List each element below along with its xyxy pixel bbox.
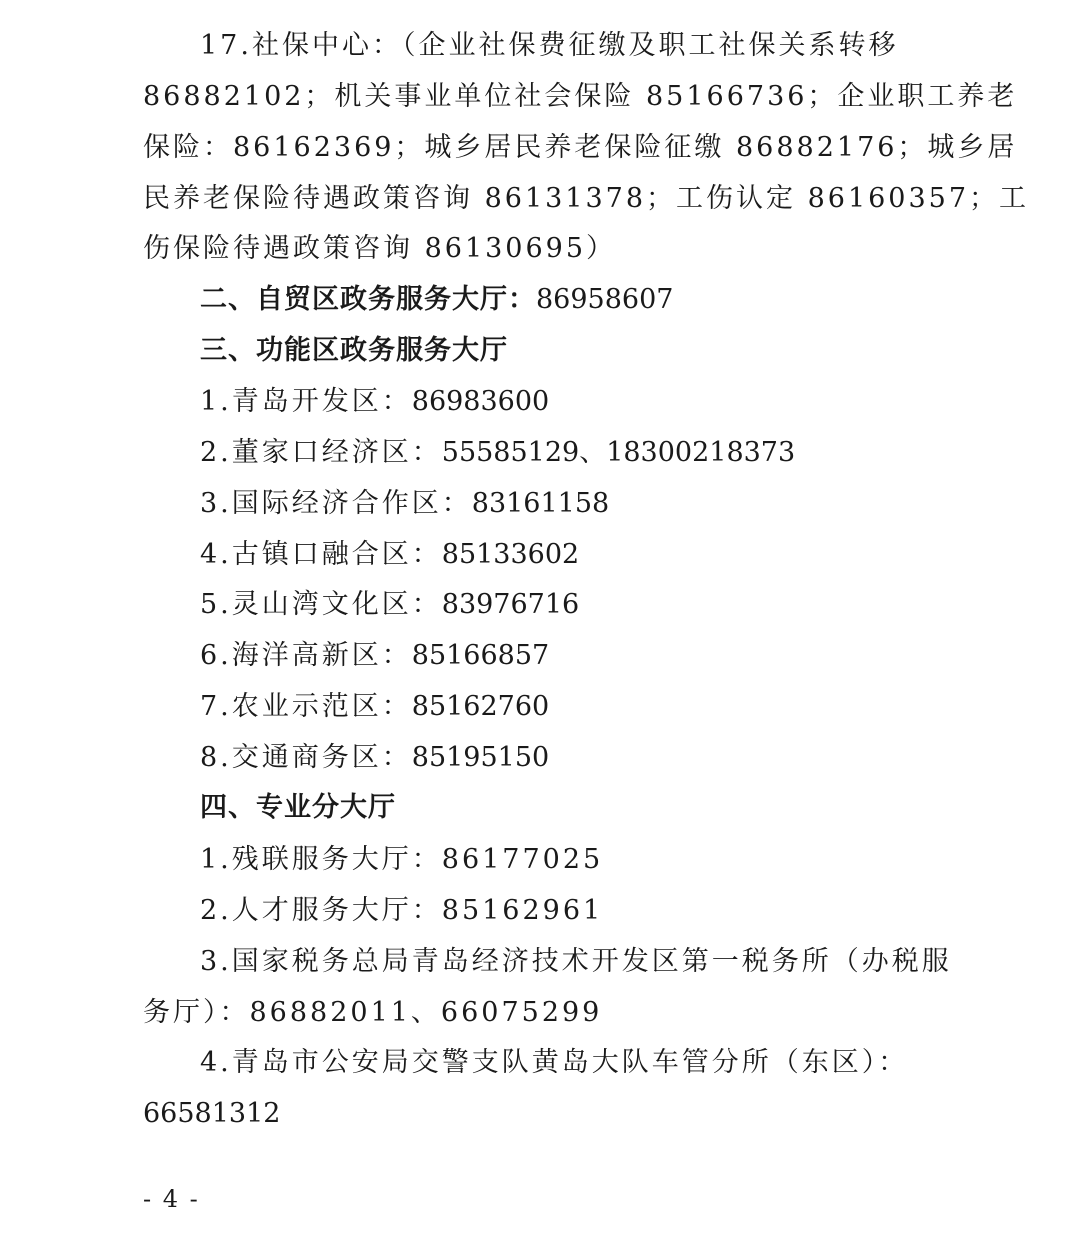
section-four-item-line-2: 66581312 — [143, 1096, 943, 1132]
section-four-item-line-1: 4.青岛市公安局交警支队黄岛大队车管分所（东区）： — [200, 1045, 1000, 1081]
item-phone: 83161158 — [472, 488, 609, 519]
item-label: 2.董家口经济区： — [200, 437, 442, 468]
item-label: 8.交通商务区： — [200, 742, 412, 773]
item-phone: 85166857 — [412, 640, 549, 671]
section-two-heading: 二、自贸区政务服务大厅： — [200, 284, 536, 315]
section-three-item: 2.董家口经济区：55585129、18300218373 — [200, 435, 1000, 471]
item-label: 3.国际经济合作区： — [200, 488, 472, 519]
section-four-item: 2.人才服务大厅：85162961 — [200, 893, 1000, 929]
section-two-row: 二、自贸区政务服务大厅：86958607 — [200, 282, 1000, 318]
section-two-phone: 86958607 — [536, 284, 673, 315]
section-four-item-line-1: 3.国家税务总局青岛经济技术开发区第一税务所（办税服 — [200, 944, 1000, 980]
item-label: 5.灵山湾文化区： — [200, 589, 442, 620]
social-security-center-line-5: 伤保险待遇政策咨询 86130695） — [143, 231, 943, 267]
social-security-center-line-2: 86882102；机关事业单位社会保险 85166736；企业职工养老 — [143, 79, 943, 115]
item-label: 1.青岛开发区： — [200, 386, 412, 417]
item-label: 6.海洋高新区： — [200, 640, 412, 671]
section-three-heading: 三、功能区政务服务大厅 — [200, 333, 1000, 369]
document-page: 17.社保中心：（企业社保费征缴及职工社保关系转移 86882102；机关事业单… — [0, 0, 1077, 1243]
social-security-center-line-3: 保险：86162369；城乡居民养老保险征缴 86882176；城乡居 — [143, 130, 943, 166]
section-three-item: 7.农业示范区：85162760 — [200, 689, 1000, 725]
item-phone: 85195150 — [412, 742, 549, 773]
item-phone: 86983600 — [412, 386, 549, 417]
page-number: - 4 - — [143, 1183, 200, 1215]
item-phone: 85133602 — [442, 539, 579, 570]
item-phone: 83976716 — [442, 589, 579, 620]
item-phone: 85162760 — [412, 691, 549, 722]
section-three-item: 6.海洋高新区：85166857 — [200, 638, 1000, 674]
section-three-item: 4.古镇口融合区：85133602 — [200, 537, 1000, 573]
section-four-item-line-2: 务厅）：86882011、66075299 — [143, 995, 943, 1031]
item-label: 4.古镇口融合区： — [200, 539, 442, 570]
section-three-item: 3.国际经济合作区：83161158 — [200, 486, 1000, 522]
section-three-item: 1.青岛开发区：86983600 — [200, 384, 1000, 420]
social-security-center-line-4: 民养老保险待遇政策咨询 86131378；工伤认定 86160357；工 — [143, 181, 943, 217]
social-security-center-line-1: 17.社保中心：（企业社保费征缴及职工社保关系转移 — [200, 28, 1000, 64]
section-four-heading: 四、专业分大厅 — [200, 790, 1000, 826]
item-label: 7.农业示范区： — [200, 691, 412, 722]
section-three-item: 8.交通商务区：85195150 — [200, 740, 1000, 776]
item-phone: 55585129、18300218373 — [442, 437, 795, 468]
section-three-item: 5.灵山湾文化区：83976716 — [200, 587, 1000, 623]
section-four-item: 1.残联服务大厅：86177025 — [200, 842, 1000, 878]
